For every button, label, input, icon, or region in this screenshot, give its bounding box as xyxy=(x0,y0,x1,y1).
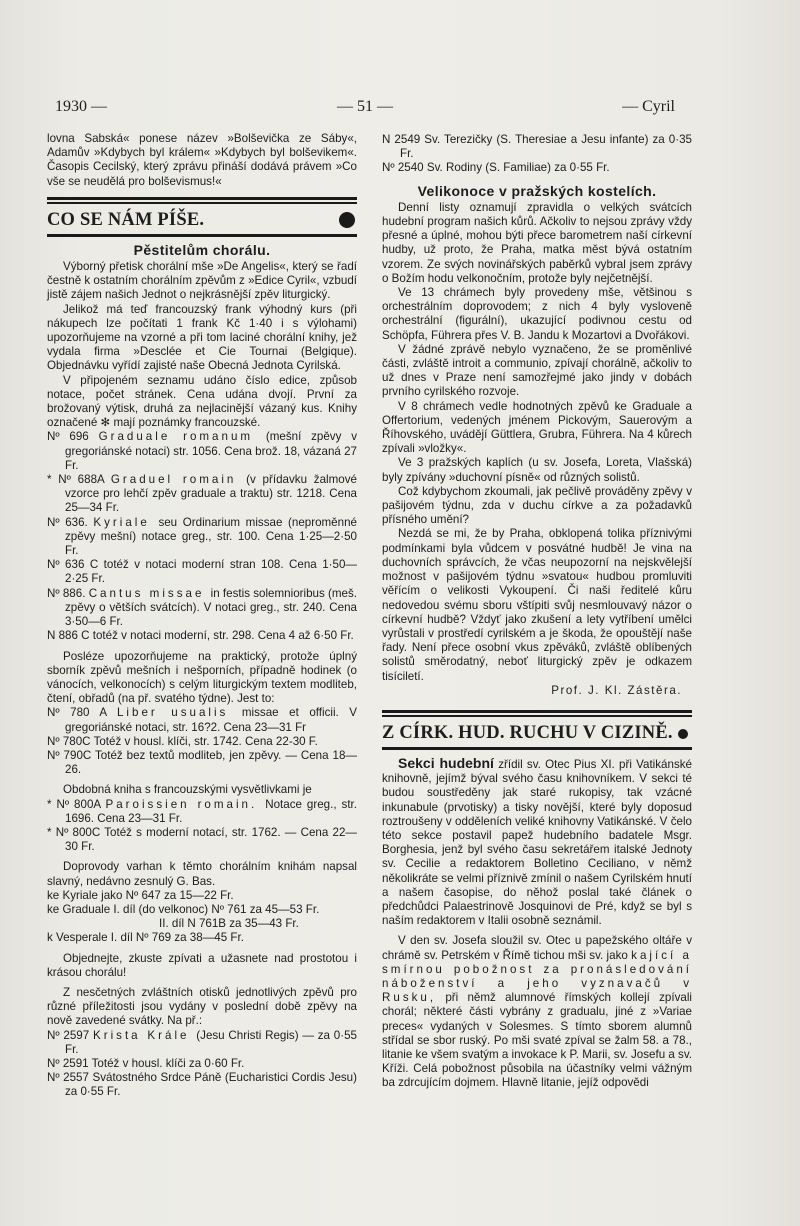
catalog-list: * Nº 800A Paroissien romain. Notace greg… xyxy=(47,798,357,855)
catalog-description: Svátostného Srdce Páně (Eucharistici Cor… xyxy=(65,1071,357,1098)
catalog-entry: Nº 780 A Liber usualis missae et officii… xyxy=(47,706,357,734)
paragraph: Sekci hudební zřídil sv. Otec Pius XI. p… xyxy=(382,756,692,928)
catalog-number: Nº 886. xyxy=(47,587,89,600)
paragraph: Objednejte, zkuste zpívati a užasnete na… xyxy=(47,952,357,980)
paragraph: Z nesčetných zvláštních otisků jednotliv… xyxy=(47,986,357,1029)
catalog-description: Sv. Rodiny (S. Familiae) za 0·55 Fr. xyxy=(427,161,610,174)
catalog-entry: Nº 636. Kyriale seu Ordinarium missae (n… xyxy=(47,516,357,559)
catalog-number: Nº 780C xyxy=(47,735,94,748)
catalog-list: Nº 2597 Krista Krále (Jesu Christi Regis… xyxy=(47,1029,357,1100)
catalog-title: Graduel romain xyxy=(111,473,246,486)
paragraph: Ve 3 pražských kaplích (u sv. Josefa, Lo… xyxy=(382,456,692,484)
catalog-number: Nº 790C xyxy=(47,749,95,762)
right-column: N 2549 Sv. Terezičky (S. Theresiae a Jes… xyxy=(382,133,692,1091)
catalog-entry: Nº 790C Totéž bez textů modliteb, jen zp… xyxy=(47,749,357,777)
catalog-entry: N 886 C totéž v notaci moderní, str. 298… xyxy=(47,629,357,643)
catalog-title: Paroissien romain. xyxy=(105,798,265,811)
catalog-description: Totéž v housl. klíči za 0·60 Fr. xyxy=(92,1057,245,1070)
page-header: 1930 — — 51 — — Cyril xyxy=(55,98,675,120)
catalog-description: totéž v notaci moderní, str. 298. Cena 4… xyxy=(93,629,354,642)
catalog-entry: Nº 2557 Svátostného Srdce Páně (Eucharis… xyxy=(47,1071,357,1099)
intro-text: lovna Sabská« ponese název »Bolševička z… xyxy=(47,132,357,189)
catalog-entry: Nº 2597 Krista Krále (Jesu Christi Regis… xyxy=(47,1029,357,1057)
accompaniment-line: ke Graduale I. díl (do velkonoc) Nº 761 … xyxy=(47,903,357,917)
catalog-number: * Nº 800A xyxy=(47,798,105,811)
section-heading: CO SE NÁM PÍŠE. xyxy=(47,208,357,232)
catalog-title: Cantus missae xyxy=(89,587,211,600)
section-heading: Z CÍRK. HUD. RUCHU V CIZINĚ. xyxy=(382,721,692,745)
paragraph: V den sv. Josefa sloužil sv. Otec u pape… xyxy=(382,934,692,1090)
paragraph: Doprovody varhan k těmto chorálním knihá… xyxy=(47,860,357,888)
left-column: lovna Sabská« ponese název »Bolševička z… xyxy=(47,132,357,1100)
catalog-number: Nº 2557 xyxy=(47,1071,92,1084)
catalog-entry: * Nº 800C Totéž s moderní notací, str. 1… xyxy=(47,826,357,854)
catalog-description: Sv. Terezičky (S. Theresiae a Jesu infan… xyxy=(400,133,692,160)
catalog-description: Totéž v housl. klíči, str. 1742. Cena 22… xyxy=(94,735,318,748)
paragraph: Což kdybychom zkoumali, jak pečlivě prov… xyxy=(382,485,692,528)
catalog-list: N 2549 Sv. Terezičky (S. Theresiae a Jes… xyxy=(382,133,692,176)
bullet-dot-icon xyxy=(339,212,355,228)
paragraph: V žádné zprávě nebylo vyznačeno, že se p… xyxy=(382,343,692,400)
catalog-description: Totéž s moderní notací, str. 1762. — Cen… xyxy=(65,826,357,853)
catalog-number: Nº 2540 xyxy=(382,161,427,174)
catalog-list: Nº 696 Graduale romanum (mešní zpěvy v g… xyxy=(47,430,357,643)
catalog-list: Nº 780 A Liber usualis missae et officii… xyxy=(47,706,357,777)
paragraph: Nezdá se mi, že by Praha, obklopená toli… xyxy=(382,527,692,683)
paragraph: V 8 chrámech vedle hodnotných zpěvů ke G… xyxy=(382,400,692,457)
section-rule xyxy=(382,715,692,717)
catalog-number: Nº 2597 xyxy=(47,1029,93,1042)
catalog-entry: * Nº 688A Graduel romain (v přídavku žal… xyxy=(47,473,357,516)
catalog-entry: * Nº 800A Paroissien romain. Notace greg… xyxy=(47,798,357,826)
catalog-entry: Nº 2591 Totéž v housl. klíči za 0·60 Fr. xyxy=(47,1057,357,1071)
catalog-entry: Nº 886. Cantus missae in festis solemnio… xyxy=(47,587,357,630)
catalog-number: * Nº 688A xyxy=(47,473,111,486)
catalog-entry: Nº 636 C totéž v notaci moderní stran 10… xyxy=(47,558,357,586)
author-signature: Prof. J. Kl. Zástěra. xyxy=(382,684,692,698)
article-title: Velikonoce v pražských kostelích. xyxy=(382,184,692,198)
section-rule xyxy=(47,202,357,204)
section-rule xyxy=(47,197,357,200)
accompaniment-line: ke Kyriale jako Nº 647 za 15—22 Fr. xyxy=(47,889,357,903)
catalog-entry: Nº 2540 Sv. Rodiny (S. Familiae) za 0·55… xyxy=(382,161,692,175)
catalog-entry: Nº 696 Graduale romanum (mešní zpěvy v g… xyxy=(47,430,357,473)
paragraph: Výborný přetisk chorální mše »De Angelis… xyxy=(47,260,357,303)
catalog-number: N 886 C xyxy=(47,629,93,642)
paragraph: Ve 13 chrámech byly provedeny mše, větši… xyxy=(382,286,692,343)
catalog-title: Liber usualis xyxy=(117,706,242,719)
section-rule xyxy=(382,747,692,750)
catalog-description: Totéž bez textů modliteb, jen zpěvy. — C… xyxy=(65,749,357,776)
header-year: 1930 — xyxy=(55,98,107,116)
catalog-number: N 2549 xyxy=(382,133,424,146)
bullet-dot-icon xyxy=(678,729,688,739)
header-journal: — Cyril xyxy=(622,98,675,116)
catalog-title: Graduale romanum xyxy=(99,430,266,443)
paragraph: Obdobná kniha s francouzskými vysvětlivk… xyxy=(47,783,357,797)
catalog-title: Krista Krále xyxy=(93,1029,196,1042)
catalog-entry: N 2549 Sv. Terezičky (S. Theresiae a Jes… xyxy=(382,133,692,161)
accompaniment-line: II. díl N 761B za 35—43 Fr. xyxy=(47,917,357,931)
catalog-number: Nº 636 C xyxy=(47,558,104,571)
catalog-title: Kyriale xyxy=(93,516,158,529)
article-title: Pěstitelům chorálu. xyxy=(47,243,357,257)
lead-bold: Sekci hudební xyxy=(398,755,494,771)
section-rule xyxy=(47,234,357,237)
header-page-number: — 51 — xyxy=(337,98,393,116)
catalog-number: Nº 780 A xyxy=(47,706,117,719)
catalog-entry: Nº 780C Totéž v housl. klíči, str. 1742.… xyxy=(47,735,357,749)
accompaniment-line: k Vesperale I. díl Nº 769 za 38—45 Fr. xyxy=(47,931,357,945)
paragraph: Jelikož má teď francouzský frank výhodný… xyxy=(47,303,357,374)
catalog-number: Nº 696 xyxy=(47,430,99,443)
catalog-description: totéž v notaci moderní stran 108. Cena 1… xyxy=(65,558,357,585)
section-rule xyxy=(382,710,692,713)
catalog-number: Nº 2591 xyxy=(47,1057,92,1070)
scanned-page: 1930 — — 51 — — Cyril lovna Sabská« pone… xyxy=(0,0,800,1226)
paragraph: V připojeném seznamu udáno číslo edice, … xyxy=(47,374,357,431)
catalog-number: Nº 636. xyxy=(47,516,93,529)
paragraph: Denní listy oznamují zpravidla o velkých… xyxy=(382,201,692,286)
paragraph: Posléze upozorňujeme na praktický, proto… xyxy=(47,650,357,707)
catalog-number: * Nº 800C xyxy=(47,826,104,839)
